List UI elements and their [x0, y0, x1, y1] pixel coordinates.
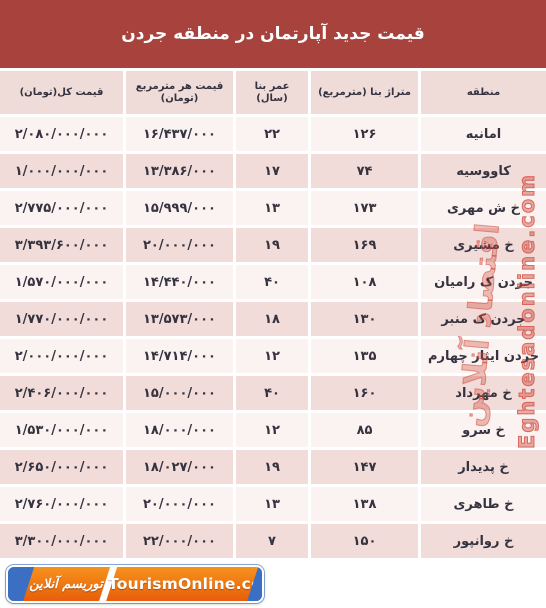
header-cell-age: عمر بنا (سال): [236, 71, 308, 114]
cell-age: ۱۸: [236, 302, 308, 336]
cell-area: ۸۵: [311, 413, 418, 447]
cell-region: جردن ک رامیان: [421, 265, 546, 299]
cell-region: جردن ک منبر: [421, 302, 546, 336]
table-body: امانیه۱۲۶۲۲۱۶/۴۳۷/۰۰۰۲/۰۸۰/۰۰۰/۰۰۰کاووسی…: [0, 117, 546, 558]
cell-area: ۱۳۰: [311, 302, 418, 336]
table-row: امانیه۱۲۶۲۲۱۶/۴۳۷/۰۰۰۲/۰۸۰/۰۰۰/۰۰۰: [0, 117, 546, 151]
cell-price-per-sqm: ۱۵/۹۹۹/۰۰۰: [126, 191, 233, 225]
cell-age: ۱۳: [236, 191, 308, 225]
cell-price-per-sqm: ۱۴/۴۴۰/۰۰۰: [126, 265, 233, 299]
cell-price-per-sqm: ۲۰/۰۰۰/۰۰۰: [126, 228, 233, 262]
cell-region: خ پدیدار: [421, 450, 546, 484]
cell-region: امانیه: [421, 117, 546, 151]
table-header-row: منطقه متراژ بنا (مترمربع) عمر بنا (سال) …: [0, 71, 546, 114]
header-cell-region: منطقه: [421, 71, 546, 114]
page-title-text: قیمت جدید آپارتمان در منطقه جردن: [121, 24, 425, 44]
cell-area: ۱۵۰: [311, 524, 418, 558]
table-row: خ مهرداد۱۶۰۴۰۱۵/۰۰۰/۰۰۰۲/۴۰۶/۰۰۰/۰۰۰: [0, 376, 546, 410]
cell-age: ۱۹: [236, 450, 308, 484]
table-row: خ مشیری۱۶۹۱۹۲۰/۰۰۰/۰۰۰۳/۳۹۳/۶۰۰/۰۰۰: [0, 228, 546, 262]
cell-region: خ مشیری: [421, 228, 546, 262]
cell-total-price: ۱/۷۷۰/۰۰۰/۰۰۰: [0, 302, 123, 336]
cell-total-price: ۳/۳۰۰/۰۰۰/۰۰۰: [0, 524, 123, 558]
cell-age: ۱۹: [236, 228, 308, 262]
cell-age: ۱۲: [236, 339, 308, 373]
page-title: قیمت جدید آپارتمان در منطقه جردن: [0, 0, 546, 68]
cell-price-per-sqm: ۱۴/۷۱۴/۰۰۰: [126, 339, 233, 373]
table-row: جردن ایثار چهارم۱۳۵۱۲۱۴/۷۱۴/۰۰۰۲/۰۰۰/۰۰۰…: [0, 339, 546, 373]
table-row: جردن ک منبر۱۳۰۱۸۱۳/۵۷۳/۰۰۰۱/۷۷۰/۰۰۰/۰۰۰: [0, 302, 546, 336]
cell-area: ۱۶۹: [311, 228, 418, 262]
cell-total-price: ۱/۵۷۰/۰۰۰/۰۰۰: [0, 265, 123, 299]
cell-region: خ ش مهری: [421, 191, 546, 225]
cell-total-price: ۲/۶۵۰/۰۰۰/۰۰۰: [0, 450, 123, 484]
cell-price-per-sqm: ۲۲/۰۰۰/۰۰۰: [126, 524, 233, 558]
table-row: خ ش مهری۱۷۳۱۳۱۵/۹۹۹/۰۰۰۲/۷۷۵/۰۰۰/۰۰۰: [0, 191, 546, 225]
cell-total-price: ۱/۵۳۰/۰۰۰/۰۰۰: [0, 413, 123, 447]
cell-area: ۱۲۶: [311, 117, 418, 151]
cell-price-per-sqm: ۱۵/۰۰۰/۰۰۰: [126, 376, 233, 410]
cell-area: ۷۴: [311, 154, 418, 188]
cell-age: ۲۲: [236, 117, 308, 151]
cell-region: خ طاهری: [421, 487, 546, 521]
cell-region: جردن ایثار چهارم: [421, 339, 546, 373]
cell-area: ۱۰۸: [311, 265, 418, 299]
cell-price-per-sqm: ۱۸/۰۲۷/۰۰۰: [126, 450, 233, 484]
table-row: کاووسیه۷۴۱۷۱۳/۳۸۶/۰۰۰۱/۰۰۰/۰۰۰/۰۰۰: [0, 154, 546, 188]
cell-price-per-sqm: ۲۰/۰۰۰/۰۰۰: [126, 487, 233, 521]
cell-price-per-sqm: ۱۸/۰۰۰/۰۰۰: [126, 413, 233, 447]
table-row: خ روانپور۱۵۰۷۲۲/۰۰۰/۰۰۰۳/۳۰۰/۰۰۰/۰۰۰: [0, 524, 546, 558]
cell-region: کاووسیه: [421, 154, 546, 188]
cell-age: ۱۲: [236, 413, 308, 447]
banner-english-label: TourismOnline.co: [114, 567, 256, 601]
cell-area: ۱۴۷: [311, 450, 418, 484]
price-table: منطقه متراژ بنا (مترمربع) عمر بنا (سال) …: [0, 71, 546, 561]
header-cell-area: متراژ بنا (مترمربع): [311, 71, 418, 114]
header-cell-total-price: قیمت کل(تومان): [0, 71, 123, 114]
cell-region: خ مهرداد: [421, 376, 546, 410]
tourismonline-logo: توریسم آنلاین TourismOnline.co: [6, 565, 264, 603]
cell-age: ۴۰: [236, 265, 308, 299]
cell-area: ۱۳۸: [311, 487, 418, 521]
table-row: خ طاهری۱۳۸۱۳۲۰/۰۰۰/۰۰۰۲/۷۶۰/۰۰۰/۰۰۰: [0, 487, 546, 521]
cell-age: ۴۰: [236, 376, 308, 410]
cell-total-price: ۲/۰۰۰/۰۰۰/۰۰۰: [0, 339, 123, 373]
cell-price-per-sqm: ۱۶/۴۳۷/۰۰۰: [126, 117, 233, 151]
table-row: جردن ک رامیان۱۰۸۴۰۱۴/۴۴۰/۰۰۰۱/۵۷۰/۰۰۰/۰۰…: [0, 265, 546, 299]
cell-region: خ سرو: [421, 413, 546, 447]
banner-persian-label: توریسم آنلاین: [28, 567, 104, 601]
cell-region: خ روانپور: [421, 524, 546, 558]
cell-age: ۱۷: [236, 154, 308, 188]
cell-age: ۱۳: [236, 487, 308, 521]
cell-total-price: ۲/۴۰۶/۰۰۰/۰۰۰: [0, 376, 123, 410]
table-row: خ پدیدار۱۴۷۱۹۱۸/۰۲۷/۰۰۰۲/۶۵۰/۰۰۰/۰۰۰: [0, 450, 546, 484]
cell-total-price: ۱/۰۰۰/۰۰۰/۰۰۰: [0, 154, 123, 188]
cell-area: ۱۳۵: [311, 339, 418, 373]
cell-age: ۷: [236, 524, 308, 558]
cell-total-price: ۲/۰۸۰/۰۰۰/۰۰۰: [0, 117, 123, 151]
cell-total-price: ۲/۷۶۰/۰۰۰/۰۰۰: [0, 487, 123, 521]
cell-total-price: ۳/۳۹۳/۶۰۰/۰۰۰: [0, 228, 123, 262]
cell-price-per-sqm: ۱۳/۳۸۶/۰۰۰: [126, 154, 233, 188]
cell-area: ۱۷۳: [311, 191, 418, 225]
cell-price-per-sqm: ۱۳/۵۷۳/۰۰۰: [126, 302, 233, 336]
table-row: خ سرو۸۵۱۲۱۸/۰۰۰/۰۰۰۱/۵۳۰/۰۰۰/۰۰۰: [0, 413, 546, 447]
header-cell-price-per-sqm: قیمت هر مترمربع (تومان): [126, 71, 233, 114]
cell-total-price: ۲/۷۷۵/۰۰۰/۰۰۰: [0, 191, 123, 225]
cell-area: ۱۶۰: [311, 376, 418, 410]
